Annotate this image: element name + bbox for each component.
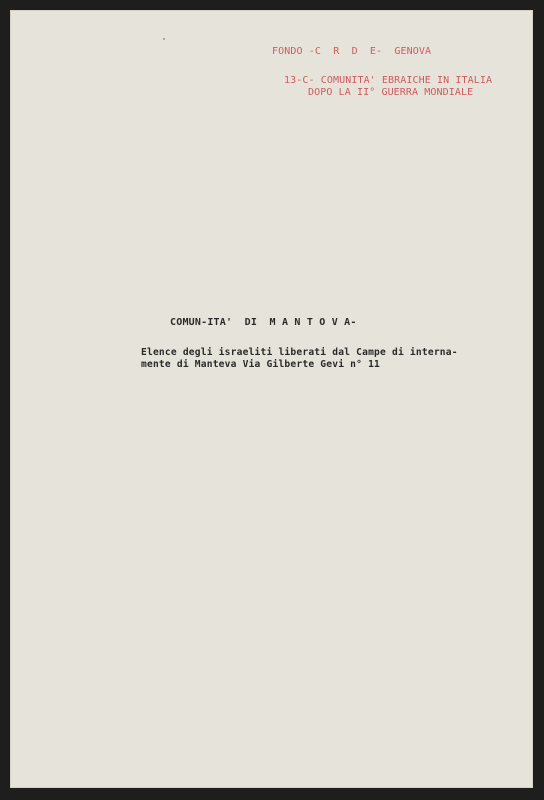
ink-speck bbox=[163, 38, 165, 40]
document-body-line-2: mente di Manteva Via Gilberte Gevi n° 11 bbox=[141, 360, 380, 370]
document-title: COMUN-ITA' DI M A N T O V A- bbox=[170, 318, 357, 328]
document-page: FONDO -C R D E- GENOVA 13-C- COMUNITA' E… bbox=[10, 10, 533, 788]
document-body-line-1: Elence degli israeliti liberati dal Camp… bbox=[141, 348, 458, 358]
archive-stamp-line-3: DOPO LA II° GUERRA MONDIALE bbox=[308, 88, 473, 98]
archive-stamp-line-2: 13-C- COMUNITA' EBRAICHE IN ITALIA bbox=[284, 76, 492, 86]
archive-stamp-line-1: FONDO -C R D E- GENOVA bbox=[272, 47, 431, 57]
